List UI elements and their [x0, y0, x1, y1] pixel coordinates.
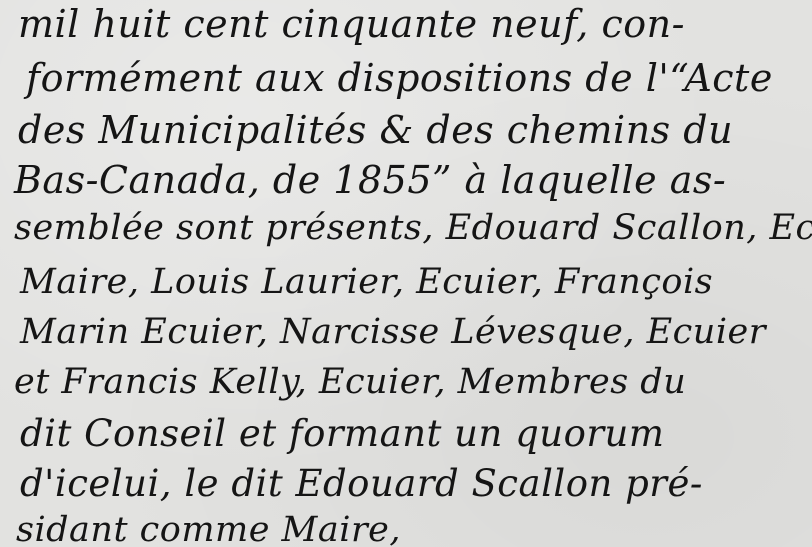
- manuscript-line: dit Conseil et formant un quorum: [20, 412, 664, 455]
- manuscript-page: mil huit cent cinquante neuf, con- formé…: [0, 0, 812, 547]
- manuscript-line: mil huit cent cinquante neuf, con-: [18, 2, 685, 46]
- manuscript-line: semblée sont présents, Edouard Scallon, …: [14, 208, 812, 248]
- manuscript-line: Bas-Canada, de 1855” à laquelle as-: [14, 158, 726, 202]
- manuscript-line: sidant comme Maire,: [16, 510, 401, 547]
- manuscript-line: d'icelui, le dit Edouard Scallon pré-: [20, 462, 703, 505]
- manuscript-line: formément aux dispositions de l'“Acte: [26, 56, 773, 100]
- manuscript-line: Marin Ecuier, Narcisse Lévesque, Ecuier: [20, 312, 766, 352]
- manuscript-line: Maire, Louis Laurier, Ecuier, François: [20, 262, 713, 302]
- manuscript-line: des Municipalités & des chemins du: [18, 108, 733, 152]
- manuscript-line: et Francis Kelly, Ecuier, Membres du: [14, 362, 686, 402]
